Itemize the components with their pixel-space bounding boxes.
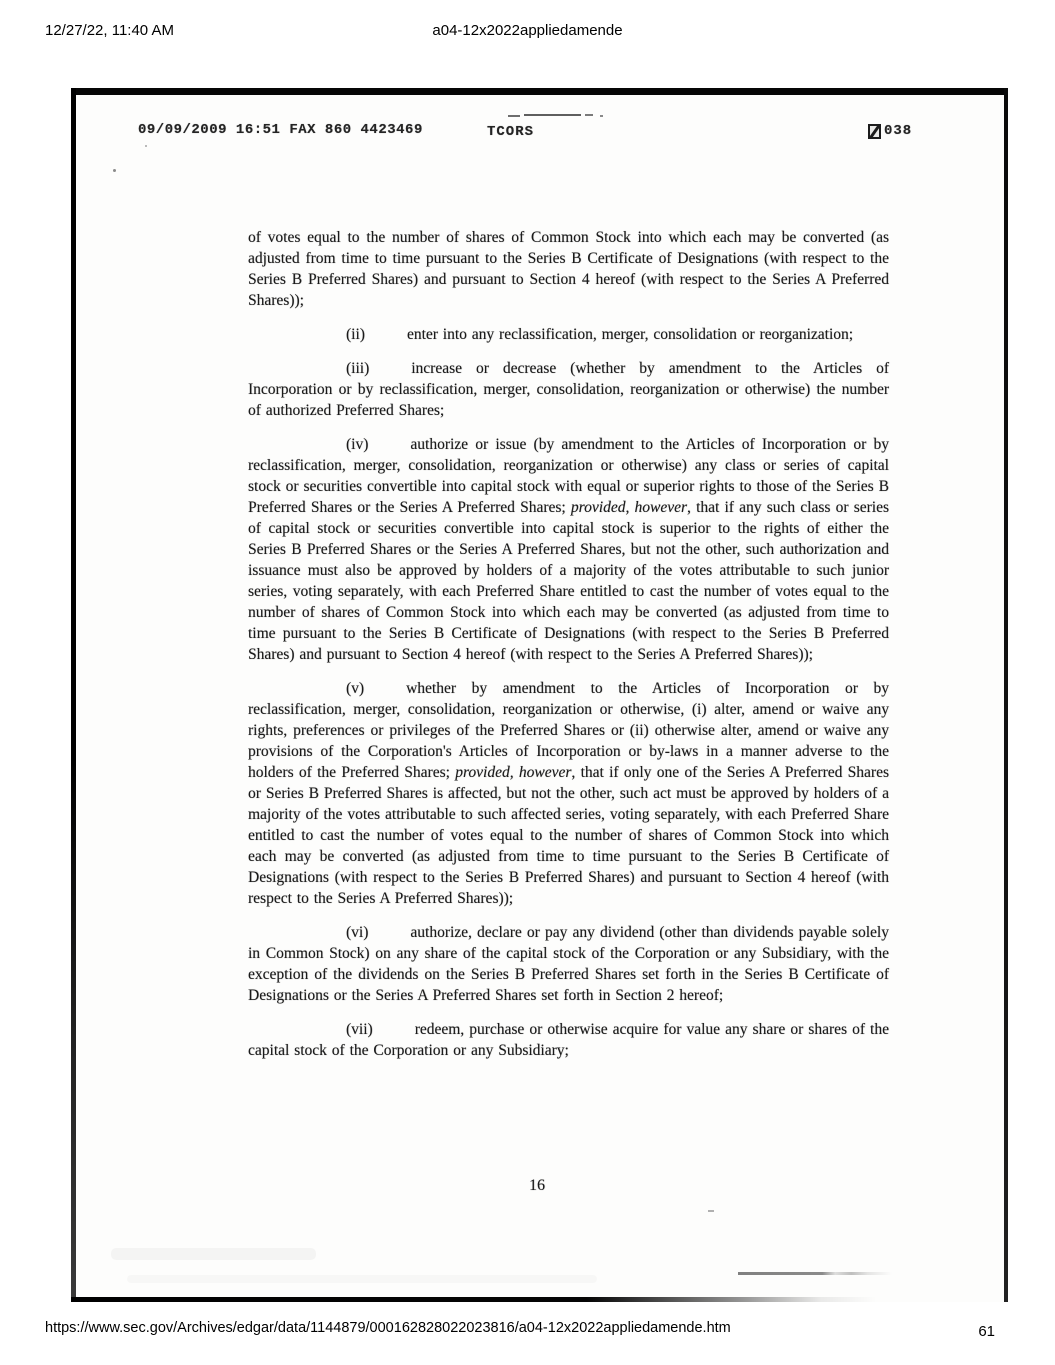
scan-artifact bbox=[127, 1275, 597, 1283]
fax-page-count: 038 bbox=[884, 123, 912, 139]
document-paragraph: (v)whether by amendment to the Articles … bbox=[248, 678, 889, 909]
document-paragraph: (vii)redeem, purchase or otherwise acqui… bbox=[248, 1019, 889, 1061]
print-footer-sheet-number: 61 bbox=[978, 1323, 995, 1340]
document-paragraph: (ii)enter into any reclassification, mer… bbox=[248, 324, 889, 345]
scan-artifact bbox=[113, 169, 116, 172]
paragraph-number: (v) bbox=[346, 680, 364, 697]
fax-transmission-line: 09/09/2009 16:51 FAX 860 4423469 bbox=[138, 122, 423, 138]
page-border-right bbox=[1004, 88, 1008, 1302]
scan-artifact bbox=[145, 145, 147, 147]
page-border-top bbox=[71, 88, 1008, 95]
paragraph-number: (iii) bbox=[346, 360, 369, 377]
print-preview-page: { "print_header": { "datetime": "12/27/2… bbox=[0, 0, 1055, 1365]
page-border-bottom bbox=[71, 1297, 1008, 1302]
paragraph-text: , that if any such class or series of ca… bbox=[248, 499, 889, 663]
paragraph-text: authorize, declare or pay any dividend (… bbox=[248, 924, 889, 1004]
paragraph-text: enter into any reclassification, merger,… bbox=[407, 326, 853, 343]
paragraph-number: (iv) bbox=[346, 436, 368, 453]
print-footer-url: https://www.sec.gov/Archives/edgar/data/… bbox=[45, 1320, 731, 1336]
paragraph-number: (vi) bbox=[346, 924, 368, 941]
document-paragraph: (vi)authorize, declare or pay any divide… bbox=[248, 922, 889, 1006]
paragraph-text-italic: provided, however bbox=[455, 764, 571, 781]
fax-page-counter: 038 bbox=[868, 123, 912, 139]
paragraph-text: increase or decrease (whether by amendme… bbox=[248, 360, 889, 419]
scan-artifact bbox=[708, 1210, 714, 1212]
document-paragraphs: of votes equal to the number of shares o… bbox=[248, 227, 889, 1074]
scan-artifact bbox=[524, 114, 581, 116]
print-header-title: a04-12x2022appliedamende bbox=[0, 22, 1055, 39]
document-paragraph: (iii)increase or decrease (whether by am… bbox=[248, 358, 889, 421]
scan-artifact bbox=[738, 1272, 900, 1275]
document-page-number: 16 bbox=[529, 1177, 545, 1195]
scanned-page: 09/09/2009 16:51 FAX 860 4423469 TCORS 0… bbox=[71, 88, 1008, 1302]
paragraph-text: redeem, purchase or otherwise acquire fo… bbox=[248, 1021, 889, 1059]
document-paragraph: (iv)authorize or issue (by amendment to … bbox=[248, 434, 889, 665]
scan-artifact bbox=[600, 115, 603, 117]
scan-artifact bbox=[585, 114, 593, 116]
paragraph-number: (ii) bbox=[346, 326, 365, 343]
paragraph-text: of votes equal to the number of shares o… bbox=[248, 229, 889, 309]
page-border-left bbox=[71, 88, 76, 1302]
scan-artifact bbox=[508, 115, 520, 117]
fax-sender-label: TCORS bbox=[487, 124, 534, 140]
scan-artifact bbox=[111, 1248, 316, 1260]
paragraph-number: (vii) bbox=[346, 1021, 373, 1038]
document-paragraph: of votes equal to the number of shares o… bbox=[248, 227, 889, 311]
fax-page-icon bbox=[868, 124, 881, 139]
paragraph-text-italic: provided, however bbox=[571, 499, 687, 516]
paragraph-text: , that if only one of the Series A Prefe… bbox=[248, 764, 889, 907]
